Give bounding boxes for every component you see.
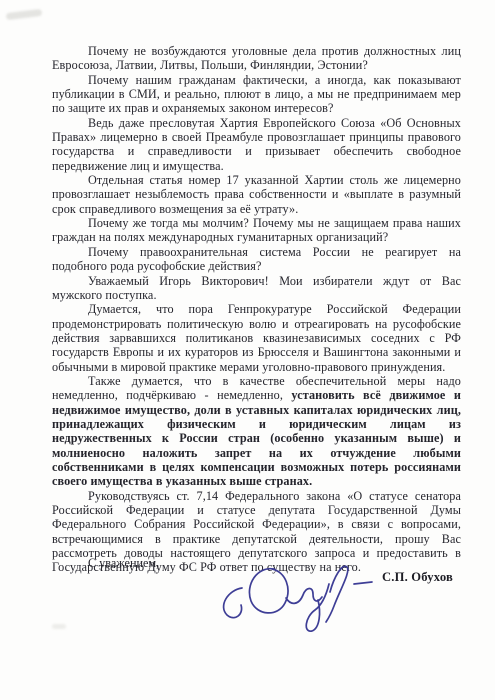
paragraph: Почему правоохранительная система России… [52,245,461,274]
document-page: Почему не возбуждаются уголовные дела пр… [0,0,495,700]
paragraph: Уважаемый Игорь Викторович! Мои избирате… [52,274,461,303]
paragraph-text: Почему нашим гражданам фактически, а ино… [52,73,461,116]
paragraph-text: Отдельная статья номер 17 указанной Харт… [52,173,461,216]
signatory-name: С.П. Обухов [382,570,453,585]
paragraph-text: Почему правоохранительная система России… [52,245,461,273]
paragraph: Почему не возбуждаются уголовные дела пр… [52,44,461,73]
paragraph: Почему же тогда мы молчим? Почему мы не … [52,216,461,245]
paragraph: Ведь даже пресловутая Хартия Европейског… [52,116,461,173]
paragraph-with-emphasis: Также думается, что в качестве обеспечит… [52,374,461,489]
scan-artifact [52,624,66,629]
paragraph-text: Почему не возбуждаются уголовные дела пр… [52,44,461,72]
paragraph-text: Думается, что пора Генпрокуратуре Россий… [52,302,461,373]
letter-body: Почему не возбуждаются уголовные дела пр… [52,44,461,575]
scan-artifact [6,9,43,20]
paragraph-text: Почему же тогда мы молчим? Почему мы не … [52,216,461,244]
paragraph: Думается, что пора Генпрокуратуре Россий… [52,302,461,374]
paragraph: Отдельная статья номер 17 указанной Харт… [52,173,461,216]
paragraph: Почему нашим гражданам фактически, а ино… [52,73,461,116]
handwritten-signature-icon [212,560,380,644]
paragraph-bold-text: установить всё движимое и недвижимое иму… [52,388,461,488]
paragraph-text: Ведь даже пресловутая Хартия Европейског… [52,116,461,173]
paragraph-text: Уважаемый Игорь Викторович! Мои избирате… [52,274,461,302]
